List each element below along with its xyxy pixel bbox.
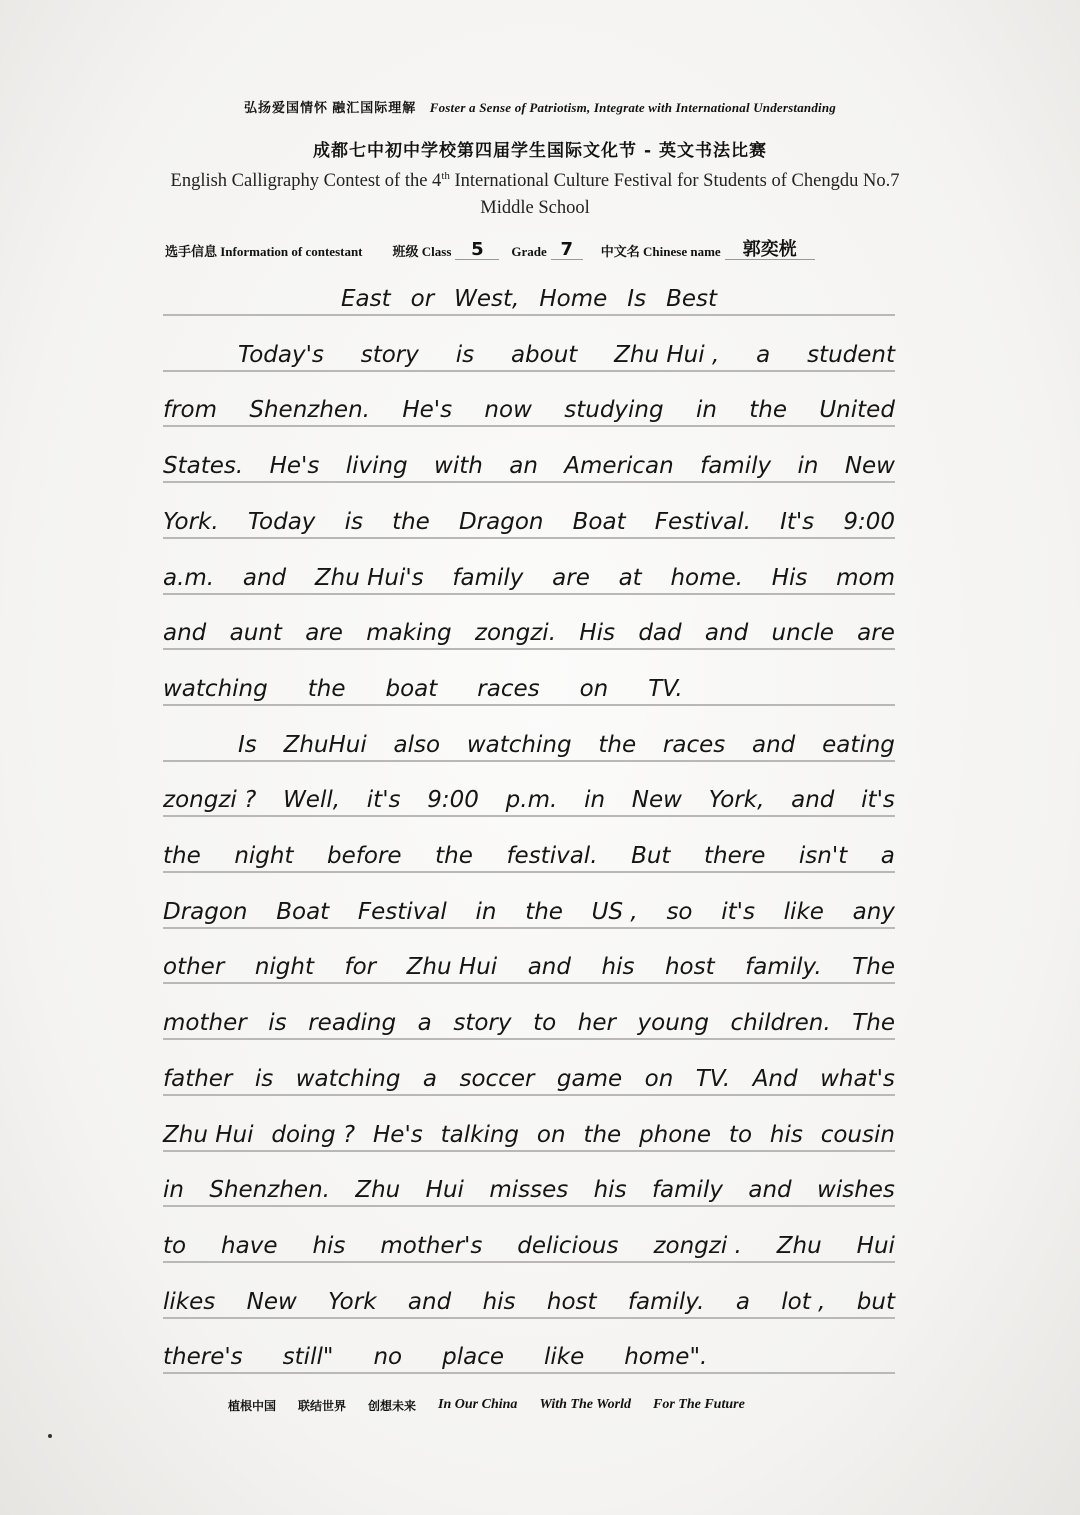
word: family	[452, 565, 523, 591]
word: races	[663, 732, 725, 758]
word: and	[163, 620, 206, 646]
word: is	[345, 509, 363, 535]
word: her	[578, 1010, 616, 1036]
calligraphy-contest-sheet: 弘扬爱国情怀 融汇国际理解 Foster a Sense of Patrioti…	[0, 0, 1080, 1515]
word: Best	[666, 286, 717, 312]
word: a	[881, 843, 895, 869]
word: 9:00	[427, 787, 479, 813]
word: Dragon	[163, 899, 248, 925]
word: Boat	[573, 509, 626, 535]
word: Is	[627, 286, 646, 312]
word: the	[163, 843, 201, 869]
word: TV.	[648, 676, 682, 702]
word: The	[852, 1010, 895, 1036]
word: His	[579, 620, 615, 646]
class-value: 5	[455, 241, 499, 260]
word: and	[748, 1177, 791, 1203]
word: Zhu	[777, 1233, 822, 1259]
word: Today's	[238, 342, 324, 368]
slogan-cn: 弘扬爱国情怀 融汇国际理解	[244, 100, 416, 115]
word: to	[729, 1122, 752, 1148]
word: home".	[624, 1344, 707, 1370]
word: other	[163, 954, 224, 980]
word: cousin	[821, 1122, 895, 1148]
word: He's	[373, 1122, 423, 1148]
word: an	[509, 453, 538, 479]
word: watching	[163, 676, 268, 702]
word: Well,	[283, 787, 340, 813]
word: the	[308, 676, 346, 702]
word: living	[346, 453, 408, 479]
grade-value: 7	[551, 241, 583, 260]
name-value: 郭奕桄	[725, 241, 815, 260]
word: uncle	[772, 620, 834, 646]
word: But	[631, 843, 670, 869]
word: a	[423, 1066, 437, 1092]
word: no	[373, 1344, 402, 1370]
word: have	[221, 1233, 277, 1259]
word: the	[598, 732, 636, 758]
word: aunt	[230, 620, 282, 646]
word: also	[394, 732, 441, 758]
word: ZhuHui	[284, 732, 367, 758]
word: there's	[163, 1344, 243, 1370]
word: on	[580, 676, 609, 702]
word: West,	[454, 286, 519, 312]
word: family.	[745, 954, 822, 980]
essay-line: fatheriswatchingasoccergameonTV.Andwhat'…	[163, 1060, 895, 1096]
word: zongzi .	[653, 1233, 741, 1259]
word: studying	[564, 397, 663, 423]
word: Festival	[358, 899, 447, 925]
word: the	[435, 843, 473, 869]
word: his	[483, 1289, 516, 1315]
word: watching	[296, 1066, 401, 1092]
word: a.m.	[163, 565, 214, 591]
word: to	[163, 1233, 186, 1259]
word: but	[857, 1289, 895, 1315]
word: his	[770, 1122, 803, 1148]
word: night	[255, 954, 314, 980]
word: host	[547, 1289, 597, 1315]
grade-label: Grade	[511, 244, 546, 260]
word: Zhu Hui	[407, 954, 497, 980]
word: his	[594, 1177, 627, 1203]
word: Is	[238, 732, 257, 758]
word: New	[632, 787, 682, 813]
word: eating	[822, 732, 895, 758]
word: on	[645, 1066, 674, 1092]
word: the	[392, 509, 430, 535]
word: East	[341, 286, 391, 312]
word: with	[434, 453, 483, 479]
word: now	[484, 397, 531, 423]
word: TV.	[696, 1066, 730, 1092]
essay-line: watchingtheboatracesonTV.	[163, 670, 895, 706]
word: any	[853, 899, 895, 925]
word: in	[584, 787, 605, 813]
scan-speck	[48, 1434, 52, 1438]
word: and	[243, 565, 286, 591]
essay-line: York.TodayistheDragonBoatFestival.It's9:…	[163, 503, 895, 539]
word: story	[453, 1010, 511, 1036]
word: and	[705, 620, 748, 646]
word: young	[638, 1010, 709, 1036]
word: York.	[163, 509, 219, 535]
word: story	[361, 342, 419, 368]
word: p.m.	[506, 787, 558, 813]
word: lot ,	[781, 1289, 825, 1315]
word: a	[756, 342, 770, 368]
word: mother's	[380, 1233, 482, 1259]
word: races	[477, 676, 539, 702]
essay-line: inShenzhen.ZhuHuimisseshisfamilyandwishe…	[163, 1171, 895, 1207]
word: 9:00	[843, 509, 895, 535]
word: are	[552, 565, 590, 591]
word: festival.	[506, 843, 597, 869]
word: United	[819, 397, 895, 423]
word: New	[247, 1289, 297, 1315]
essay-line: fromShenzhen.He'snowstudyingintheUnited	[163, 391, 895, 427]
word: York,	[709, 787, 765, 813]
word: Home	[539, 286, 607, 312]
word: US ,	[592, 899, 638, 925]
word: American	[564, 453, 673, 479]
word: and	[408, 1289, 451, 1315]
word: misses	[489, 1177, 568, 1203]
word: making	[366, 620, 451, 646]
word: Boat	[276, 899, 329, 925]
word: Dragon	[459, 509, 544, 535]
word: is	[268, 1010, 286, 1036]
word: his	[602, 954, 635, 980]
word: mother	[163, 1010, 247, 1036]
word: delicious	[517, 1233, 618, 1259]
word: student	[807, 342, 895, 368]
word: children.	[731, 1010, 831, 1036]
word: for	[345, 954, 377, 980]
word: in	[476, 899, 497, 925]
word: and	[752, 732, 795, 758]
word: He's	[402, 397, 452, 423]
word: place	[442, 1344, 504, 1370]
word: Hui	[426, 1177, 464, 1203]
essay-line: there'sstill"noplacelikehome".	[163, 1338, 895, 1374]
word: York	[328, 1289, 376, 1315]
word: or	[411, 286, 435, 312]
word: He's	[270, 453, 320, 479]
word: The	[852, 954, 895, 980]
word: it's	[367, 787, 401, 813]
word: family.	[628, 1289, 705, 1315]
word: host	[665, 954, 715, 980]
essay-line: zongzi ?Well,it's9:00p.m.inNewYork,andit…	[163, 781, 895, 817]
word: like	[784, 899, 824, 925]
essay-line: thenightbeforethefestival.Butthereisn'ta	[163, 837, 895, 873]
word: New	[845, 453, 895, 479]
word: is	[456, 342, 474, 368]
word: watching	[467, 732, 572, 758]
title-en: English Calligraphy Contest of the 4th I…	[170, 163, 900, 222]
slogan-en: Foster a Sense of Patriotism, Integrate …	[430, 100, 836, 115]
essay-line: Today'sstoryisaboutZhu Hui ,astudent	[163, 336, 895, 372]
contestant-info: 选手信息 Information of contestant 班级 Class …	[165, 236, 885, 260]
word: Shenzhen.	[249, 397, 370, 423]
word: doing ?	[271, 1122, 355, 1148]
word: a	[736, 1289, 750, 1315]
word: Festival.	[655, 509, 751, 535]
word: Zhu Hui ,	[614, 342, 719, 368]
word: in	[696, 397, 717, 423]
word: family	[700, 453, 771, 479]
word: at	[619, 565, 642, 591]
word: Shenzhen.	[209, 1177, 330, 1203]
word: a	[418, 1010, 432, 1036]
word: family	[652, 1177, 723, 1203]
word: and	[528, 954, 571, 980]
word: like	[544, 1344, 584, 1370]
word: boat	[385, 676, 437, 702]
slogan: 弘扬爱国情怀 融汇国际理解 Foster a Sense of Patrioti…	[180, 97, 900, 116]
word: Today	[248, 509, 316, 535]
word: his	[312, 1233, 345, 1259]
word: it's	[861, 787, 895, 813]
word: there	[704, 843, 765, 869]
word: game	[557, 1066, 622, 1092]
word: and	[791, 787, 834, 813]
word: dad	[638, 620, 681, 646]
word: Zhu Hui's	[315, 565, 424, 591]
word: Hui	[857, 1233, 895, 1259]
title-cn: 成都七中初中学校第四届学生国际文化节 - 英文书法比赛	[0, 136, 1080, 161]
essay-line: othernightforZhu Huiandhishostfamily.The	[163, 948, 895, 984]
word: isn't	[799, 843, 847, 869]
word: from	[163, 397, 217, 423]
word: what's	[820, 1066, 895, 1092]
info-label: 选手信息 Information of contestant	[165, 241, 363, 260]
word: so	[666, 899, 692, 925]
footer-motto: 植根中国 联结世界 创想未来 In Our China With The Wor…	[228, 1397, 828, 1414]
word: zongzi.	[475, 620, 556, 646]
word: is	[255, 1066, 273, 1092]
word: the	[749, 397, 787, 423]
essay-line: a.m.andZhu Hui'sfamilyareathome.Hismom	[163, 559, 895, 595]
word: likes	[163, 1289, 215, 1315]
word: are	[857, 620, 895, 646]
word: Zhu Hui	[163, 1122, 253, 1148]
word: His	[772, 565, 808, 591]
word: And	[753, 1066, 798, 1092]
word: night	[234, 843, 293, 869]
essay-line: IsZhuHuialsowatchingtheracesandeating	[163, 726, 895, 762]
essay-title-line: EastorWest,HomeIsBest	[163, 280, 895, 316]
word: to	[533, 1010, 556, 1036]
word: still"	[283, 1344, 334, 1370]
essay-line: motherisreadingastorytoheryoungchildren.…	[163, 1004, 895, 1040]
word: reading	[308, 1010, 396, 1036]
essay-line: andauntaremakingzongzi.Hisdadanduncleare	[163, 614, 895, 650]
essay-line: DragonBoatFestivalintheUS ,soit'slikeany	[163, 893, 895, 929]
word: wishes	[817, 1177, 895, 1203]
word: States.	[163, 453, 243, 479]
word: zongzi ?	[163, 787, 256, 813]
word: mom	[836, 565, 895, 591]
class-label: 班级 Class	[393, 241, 452, 260]
word: the	[525, 899, 563, 925]
essay-line: Zhu Huidoing ?He'stalkingonthephonetohis…	[163, 1116, 895, 1152]
word: Zhu	[355, 1177, 400, 1203]
word: soccer	[459, 1066, 534, 1092]
name-label: 中文名 Chinese name	[601, 241, 721, 260]
essay-line: States.He'slivingwithanAmericanfamilyinN…	[163, 447, 895, 483]
word: father	[163, 1066, 232, 1092]
word: phone	[639, 1122, 711, 1148]
word: It's	[780, 509, 814, 535]
essay-line: likesNewYorkandhishostfamily.alot ,but	[163, 1283, 895, 1319]
word: in	[163, 1177, 184, 1203]
word: home.	[670, 565, 743, 591]
essay-line: tohavehismother'sdeliciouszongzi .ZhuHui	[163, 1227, 895, 1263]
word: the	[583, 1122, 621, 1148]
word: about	[511, 342, 577, 368]
word: in	[797, 453, 818, 479]
word: talking	[441, 1122, 519, 1148]
word: it's	[721, 899, 755, 925]
word: are	[305, 620, 343, 646]
word: before	[327, 843, 402, 869]
word: on	[537, 1122, 566, 1148]
